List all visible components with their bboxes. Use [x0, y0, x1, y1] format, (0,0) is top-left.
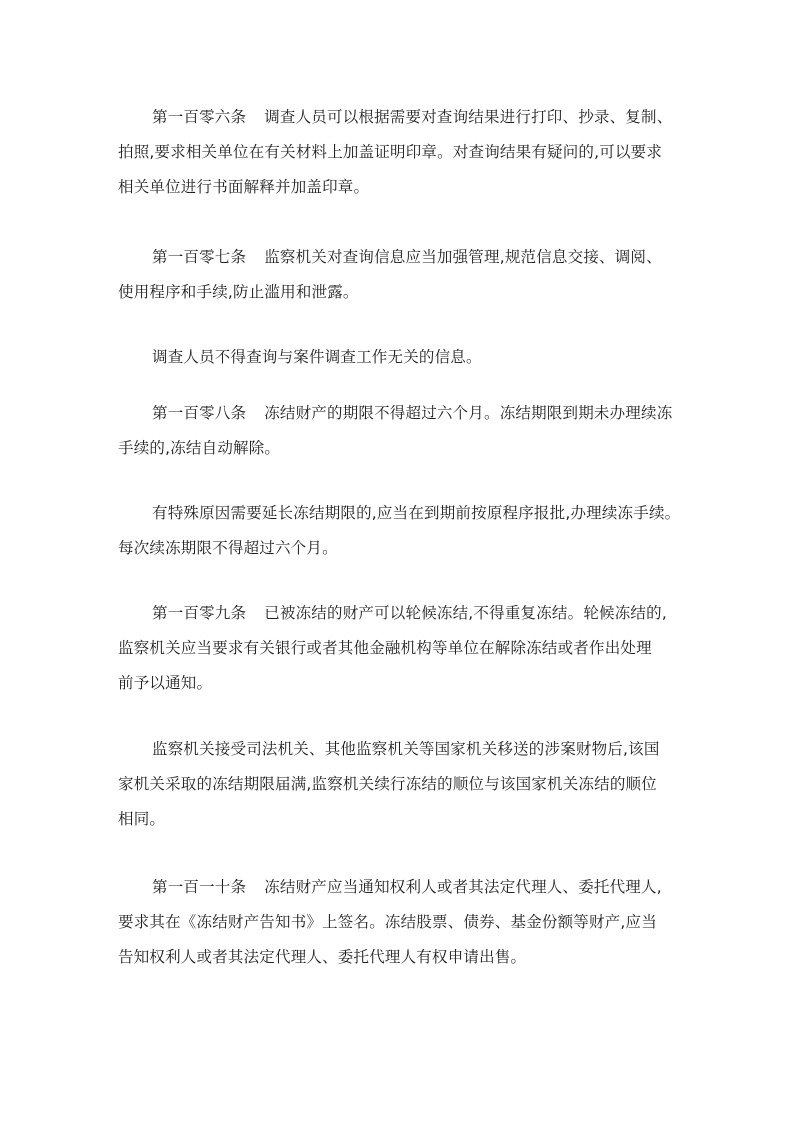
paragraph-article-107: 第一百零七条监察机关对查询信息应当加强管理,规范信息交接、调阅、 使用程序和手续… [118, 240, 678, 310]
paragraph-line: 要求其在《冻结财产告知书》上签名。冻结股票、债券、基金份额等财产,应当 [118, 905, 678, 940]
paragraph-line: 每次续冻期限不得超过六个月。 [118, 531, 678, 566]
paragraph-query-restriction: 调查人员不得查询与案件调查工作无关的信息。 [118, 340, 678, 375]
paragraph-transferred-assets: 监察机关接受司法机关、其他监察机关等国家机关移送的涉案财物后,该国 家机关采取的… [118, 732, 678, 837]
paragraph-line: 第一百一十条冻结财产应当通知权利人或者其法定代理人、委托代理人, [118, 870, 678, 905]
paragraph-article-110: 第一百一十条冻结财产应当通知权利人或者其法定代理人、委托代理人, 要求其在《冻结… [118, 870, 678, 975]
article-number: 第一百零八条 [152, 404, 246, 422]
paragraph-line: 第一百零六条调查人员可以根据需要对查询结果进行打印、抄录、复制、 [118, 100, 678, 135]
paragraph-line: 第一百零八条冻结财产的期限不得超过六个月。冻结期限到期未办理续冻 [118, 396, 678, 431]
paragraph-line: 第一百零九条已被冻结的财产可以轮候冻结,不得重复冻结。轮候冻结的, [118, 596, 678, 631]
paragraph-line: 监察机关接受司法机关、其他监察机关等国家机关移送的涉案财物后,该国 [118, 732, 678, 767]
article-number: 第一百零六条 [152, 108, 246, 126]
paragraph-line: 告知权利人或者其法定代理人、委托代理人有权申请出售。 [118, 940, 678, 975]
paragraph-line: 相同。 [118, 802, 678, 837]
paragraph-line: 拍照,要求相关单位在有关材料上加盖证明印章。对查询结果有疑问的,可以要求 [118, 135, 678, 170]
paragraph-line: 第一百零七条监察机关对查询信息应当加强管理,规范信息交接、调阅、 [118, 240, 678, 275]
paragraph-line: 使用程序和手续,防止滥用和泄露。 [118, 275, 678, 310]
article-number: 第一百一十条 [152, 878, 246, 896]
article-number: 第一百零九条 [152, 604, 246, 622]
paragraph-line: 手续的,冻结自动解除。 [118, 431, 678, 466]
document-page: 第一百零六条调查人员可以根据需要对查询结果进行打印、抄录、复制、 拍照,要求相关… [0, 0, 793, 1122]
paragraph-freeze-extension: 有特殊原因需要延长冻结期限的,应当在到期前按原程序报批,办理续冻手续。 每次续冻… [118, 496, 678, 566]
paragraph-line: 调查人员不得查询与案件调查工作无关的信息。 [118, 340, 678, 375]
paragraph-line: 家机关采取的冻结期限届满,监察机关续行冻结的顺位与该国家机关冻结的顺位 [118, 767, 678, 802]
article-number: 第一百零七条 [152, 248, 246, 266]
paragraph-article-108: 第一百零八条冻结财产的期限不得超过六个月。冻结期限到期未办理续冻 手续的,冻结自… [118, 396, 678, 466]
paragraph-article-109: 第一百零九条已被冻结的财产可以轮候冻结,不得重复冻结。轮候冻结的, 监察机关应当… [118, 596, 678, 701]
paragraph-line: 监察机关应当要求有关银行或者其他金融机构等单位在解除冻结或者作出处理 [118, 631, 678, 666]
paragraph-line: 前予以通知。 [118, 666, 678, 701]
paragraph-line: 有特殊原因需要延长冻结期限的,应当在到期前按原程序报批,办理续冻手续。 [118, 496, 678, 531]
paragraph-article-106: 第一百零六条调查人员可以根据需要对查询结果进行打印、抄录、复制、 拍照,要求相关… [118, 100, 678, 205]
paragraph-line: 相关单位进行书面解释并加盖印章。 [118, 170, 678, 205]
